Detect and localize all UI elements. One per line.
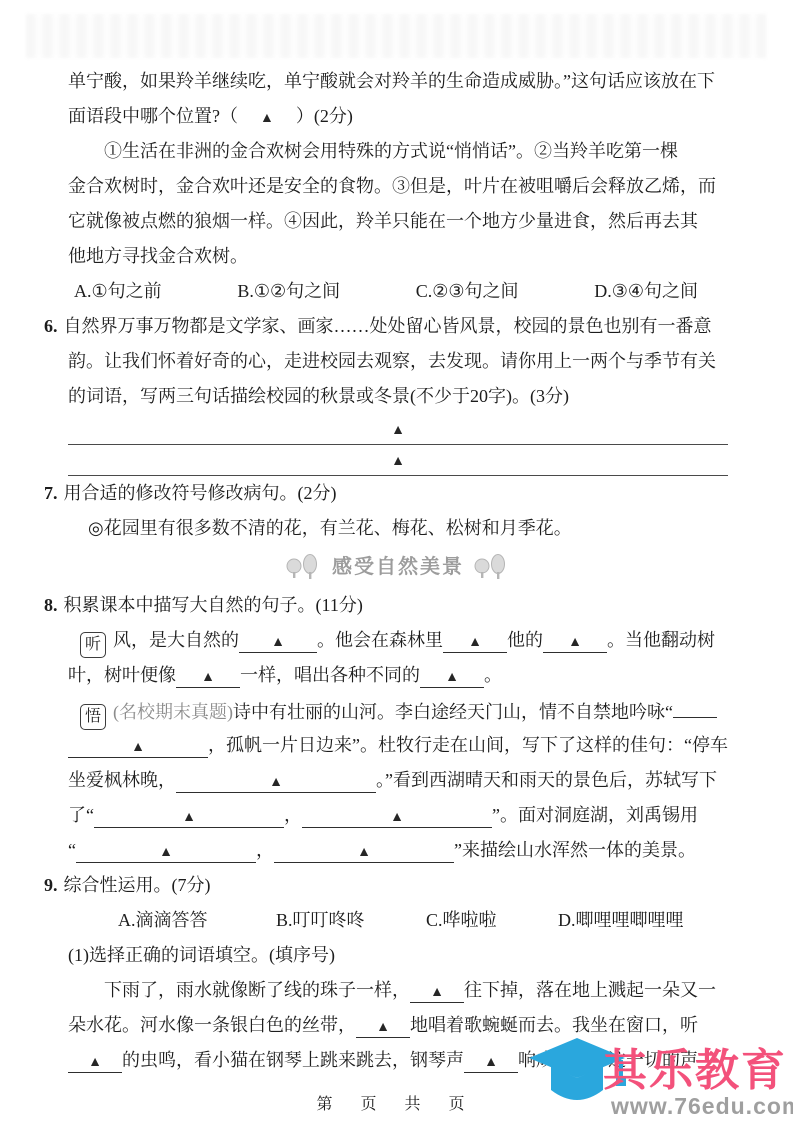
fill-blank: ▲ — [76, 838, 256, 863]
answer-marker: ▲ — [445, 670, 459, 685]
trees-icon — [474, 553, 510, 579]
q5-option-a: A.①句之前 — [74, 274, 162, 309]
fill-blank: ▲ — [410, 978, 464, 1003]
page-number-text: 第 页 共 页 — [316, 1096, 476, 1113]
q8-realize-line-1: 悟(名校期末真题)诗中有壮丽的山河。李白途经天门山，情不自禁地吟咏“ — [68, 693, 728, 728]
q8-realize-line-4: 了“▲，▲”。面对洞庭湖，刘禹锡用 — [68, 798, 728, 833]
fill-blank: ▲ — [543, 628, 607, 653]
q9-option-c: C.哗啦啦 — [426, 903, 558, 938]
fill-blank: ▲ — [176, 768, 376, 793]
q6-answer-line-1: ▲ — [68, 417, 728, 445]
answer-marker: ▲ — [391, 423, 405, 438]
q6-line-3: 的词语，写两三句话描绘校园的秋景或冬景(不少于20字)。(3分) — [68, 379, 728, 414]
q5-stem-line-1: 单宁酸，如果羚羊继续吃，单宁酸就会对羚羊的生命造成威胁。”这句话应该放在下 — [68, 64, 728, 99]
q9-number: 9. — [44, 875, 64, 895]
q5-passage-text: ①生活在非洲的金合欢树会用特殊的方式说“悄悄话”。②当羚羊吃第一棵 — [104, 141, 678, 161]
q8-title-text: 积累课本中描写大自然的句子。(11分) — [64, 595, 363, 615]
answer-marker: ▲ — [390, 810, 404, 825]
fill-blank: ▲ — [176, 663, 240, 688]
q8-realize-line-3: 坐爱枫林晚，▲。”看到西湖晴天和雨天的景色后，苏轼写下 — [68, 763, 728, 798]
q8-title-line: 8.积累课本中描写大自然的句子。(11分) — [68, 588, 728, 623]
answer-marker: ▲ — [201, 670, 215, 685]
fill-blank: ▲ — [239, 628, 317, 653]
q5-stem-text-3: ）(2分) — [296, 106, 353, 126]
brand-watermark: 其乐教育 www.76edu.com — [527, 1036, 791, 1122]
q8-text: 。 — [484, 665, 502, 685]
q8-text: ， — [284, 805, 302, 825]
q5-option-d: D.③④句之间 — [594, 274, 698, 309]
q8-text: ”来描绘山水浑然一体的美景。 — [454, 840, 696, 860]
fill-blank: ▲ — [356, 1013, 410, 1038]
trees-icon — [286, 553, 322, 579]
fill-blank: ▲ — [68, 1048, 122, 1073]
q6-text-2: 韵。让我们怀着好奇的心，走进校园去观察，去发现。请你用上一两个与季节有关 — [68, 351, 716, 371]
q9-text: 朵水花。河水像一条银白色的丝带， — [68, 1015, 356, 1035]
q5-stem-line-2: 面语段中哪个位置?（▲）(2分) — [68, 99, 728, 134]
q9-options-row: A.滴滴答答 B.叮叮咚咚 C.哗啦啦 D.唧哩哩唧哩哩 — [68, 903, 728, 938]
q6-text-1: 自然界万事万物都是文学家、画家……处处留心皆风景，校园的景色也别有一番意 — [64, 316, 712, 336]
fill-blank: ▲ — [94, 803, 284, 828]
exam-paper-page: 单宁酸，如果羚羊继续吃，单宁酸就会对羚羊的生命造成威胁。”这句话应该放在下 面语… — [0, 0, 793, 1122]
q6-line-2: 韵。让我们怀着好奇的心，走进校园去观察，去发现。请你用上一两个与季节有关 — [68, 344, 728, 379]
q7-title-text: 用合适的修改符号修改病句。(2分) — [64, 483, 337, 503]
listen-badge: 听 — [80, 632, 106, 658]
q8-text: 诗中有壮丽的山河。李白途经天门山，情不自禁地吟咏“ — [233, 702, 673, 722]
fill-blank: ▲ — [464, 1048, 518, 1073]
q8-text: “ — [68, 840, 76, 860]
fill-blank: ▲ — [420, 663, 484, 688]
fill-blank — [673, 693, 717, 718]
q9-option-b: B.叮叮咚咚 — [276, 903, 426, 938]
answer-marker: ▲ — [271, 635, 285, 650]
q8-listen-line-1: 听风，是大自然的▲。他会在森林里▲他的▲。当他翻动树 — [68, 623, 728, 658]
q6-line-1: 6.自然界万事万物都是文学家、画家……处处留心皆风景，校园的景色也别有一番意 — [68, 309, 728, 344]
realize-badge: 悟 — [80, 704, 106, 730]
q9-option-a: A.滴滴答答 — [118, 903, 276, 938]
answer-marker: ▲ — [182, 810, 196, 825]
section-title: 感受自然美景 — [332, 556, 464, 578]
q8-number: 8. — [44, 595, 64, 615]
page-content: 单宁酸，如果羚羊继续吃，单宁酸就会对羚羊的生命造成威胁。”这句话应该放在下 面语… — [68, 64, 728, 1078]
q9-text: 往下掉，落在地上溅起一朵又一 — [464, 980, 716, 1000]
q8-text: 。当他翻动树 — [607, 630, 715, 650]
q8-text: 风，是大自然的 — [113, 630, 239, 650]
answer-marker: ▲ — [88, 1055, 102, 1070]
answer-marker: ▲ — [391, 454, 405, 469]
answer-marker: ▲ — [568, 635, 582, 650]
q5-passage-text: 它就像被点燃的狼烟一样。④因此，羚羊只能在一个地方少量进食，然后再去其 — [68, 211, 698, 231]
q8-text: 他的 — [507, 630, 543, 650]
q5-stem-text-2: 面语段中哪个位置?（ — [68, 106, 238, 126]
answer-marker: ▲ — [376, 1020, 390, 1035]
q8-text: 。”看到西湖晴天和雨天的景色后，苏轼写下 — [376, 770, 717, 790]
fill-blank: ▲ — [443, 628, 507, 653]
q8-realize-line-5: “▲，▲”来描绘山水浑然一体的美景。 — [68, 833, 728, 868]
answer-marker: ▲ — [484, 1055, 498, 1070]
q5-passage-line: 他地方寻找金合欢树。 — [68, 239, 728, 274]
q5-passage-line: 金合欢树时，金合欢叶还是安全的食物。③但是，叶片在被咀嚼后会释放乙烯，而 — [68, 169, 728, 204]
answer-marker: ▲ — [159, 845, 173, 860]
q9-text: 下雨了，雨水就像断了线的珠子一样， — [104, 980, 410, 1000]
q9-text: 的虫鸣，看小猫在钢琴上跳来跳去，钢琴声 — [122, 1050, 464, 1070]
answer-marker: ▲ — [430, 985, 444, 1000]
q6-text-3: 的词语，写两三句话描绘校园的秋景或冬景(不少于20字)。(3分) — [68, 386, 569, 406]
fill-blank: ▲ — [302, 803, 492, 828]
brand-name: 其乐教育 — [603, 1034, 787, 1098]
q9-text: 地唱着歌蜿蜒而去。我坐在窗口，听 — [410, 1015, 698, 1035]
q5-options-row: A.①句之前 B.①②句之间 C.②③句之间 D.③④句之间 — [68, 274, 728, 309]
q5-option-c: C.②③句之间 — [416, 274, 519, 309]
fill-blank: ▲ — [274, 838, 454, 863]
answer-marker: ▲ — [131, 740, 145, 755]
section-header: 感受自然美景 — [68, 546, 728, 588]
q9-title-text: 综合性运用。(7分) — [64, 875, 211, 895]
q8-text: ， — [256, 840, 274, 860]
q9-title-line: 9.综合性运用。(7分) — [68, 868, 728, 903]
q7-sentence-line: ◎花园里有很多数不清的花，有兰花、梅花、松树和月季花。 — [68, 511, 728, 546]
answer-marker: ▲ — [357, 845, 371, 860]
q8-text: 一样，唱出各种不同的 — [240, 665, 420, 685]
q9-subquestion-line: (1)选择正确的词语填空。(填序号) — [68, 938, 728, 973]
exam-source-label: (名校期末真题) — [113, 702, 233, 722]
q5-passage-line: ①生活在非洲的金合欢树会用特殊的方式说“悄悄话”。②当羚羊吃第一棵 — [68, 134, 728, 169]
q8-text: ，孤帆一片日边来”。杜牧行走在山间，写下了这样的佳句：“停车 — [208, 735, 728, 755]
q6-answer-line-2: ▲ — [68, 448, 728, 476]
q9-subquestion-text: (1)选择正确的词语填空。(填序号) — [68, 945, 335, 965]
answer-marker: ▲ — [468, 635, 482, 650]
q8-text: 叶，树叶便像 — [68, 665, 176, 685]
q7-title-line: 7.用合适的修改符号修改病句。(2分) — [68, 476, 728, 511]
q5-option-b: B.①②句之间 — [237, 274, 340, 309]
q5-passage-text: 他地方寻找金合欢树。 — [68, 246, 248, 266]
q7-sentence-text: ◎花园里有很多数不清的花，有兰花、梅花、松树和月季花。 — [88, 518, 572, 538]
q9-option-d: D.唧哩哩唧哩哩 — [558, 903, 684, 938]
q5-passage-line: 它就像被点燃的狼烟一样。④因此，羚羊只能在一个地方少量进食，然后再去其 — [68, 204, 728, 239]
q8-text: 坐爱枫林晚， — [68, 770, 176, 790]
brand-url: www.76edu.com — [611, 1093, 793, 1120]
q8-text: ”。面对洞庭湖，刘禹锡用 — [492, 805, 698, 825]
q8-text: 。他会在森林里 — [317, 630, 443, 650]
answer-marker: ▲ — [260, 111, 274, 126]
q5-passage-text: 金合欢树时，金合欢叶还是安全的食物。③但是，叶片在被咀嚼后会释放乙烯，而 — [68, 176, 716, 196]
q9-paragraph-line-1: 下雨了，雨水就像断了线的珠子一样，▲往下掉，落在地上溅起一朵又一 — [68, 973, 728, 1008]
q8-realize-line-2: ▲，孤帆一片日边来”。杜牧行走在山间，写下了这样的佳句：“停车 — [68, 728, 728, 763]
q8-text: 了“ — [68, 805, 94, 825]
q6-number: 6. — [44, 316, 64, 336]
fill-blank: ▲ — [68, 733, 208, 758]
q5-stem-text-1: 单宁酸，如果羚羊继续吃，单宁酸就会对羚羊的生命造成威胁。”这句话应该放在下 — [68, 71, 715, 91]
page-bleed-artifact — [26, 14, 767, 58]
q8-listen-line-2: 叶，树叶便像▲一样，唱出各种不同的▲。 — [68, 658, 728, 693]
answer-marker: ▲ — [269, 775, 283, 790]
q7-number: 7. — [44, 483, 64, 503]
